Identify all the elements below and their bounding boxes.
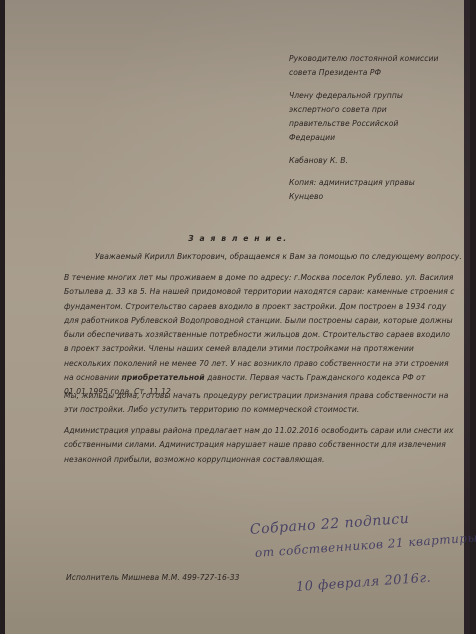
text-span: давности. Первая часть Гражданского коде…	[205, 373, 426, 382]
paragraph-line: эти постройки. Либо уступить территорию …	[64, 403, 464, 417]
paragraph-line: были обеспечивать хозяйственные потребно…	[64, 328, 464, 342]
paragraph-line: Мы, жильцы дома, готовы начать процедуру…	[64, 389, 464, 403]
copy-line: Кунцево	[289, 190, 469, 204]
addressee-line: экспертного совета при	[289, 103, 469, 117]
addressee-line: совета Президента РФ	[289, 66, 469, 80]
addressee-line: Руководителю постоянной комиссии	[289, 52, 469, 66]
paragraph-line: фундаментом. Строительство сараев входил…	[64, 300, 464, 314]
paragraph-line: нескольких поколений не менее 70 лет. У …	[64, 357, 464, 371]
paragraph-3: Администрация управы района предлагает н…	[64, 424, 464, 467]
paragraph-1: В течение многих лет мы проживаем в доме…	[64, 271, 464, 400]
paragraph-line: в проект застройки. Члены наших семей вл…	[64, 342, 464, 356]
paragraph-line: незаконной прибыли, возможно коррупционн…	[64, 453, 464, 467]
paragraph-line: В течение многих лет мы проживаем в доме…	[64, 271, 464, 285]
bold-term: приобретательной	[122, 373, 205, 382]
paragraph-line: Ботылева д. 33 кв 5. На нашей придомовой…	[64, 285, 464, 299]
copy-line: Копия: администрация управы	[289, 176, 469, 190]
paragraph-2: Мы, жильцы дома, готовы начать процедуру…	[64, 389, 464, 418]
paragraph-line: Администрация управы района предлагает н…	[64, 424, 464, 438]
greeting: Уважаемый Кирилл Викторович, обращаемся …	[95, 250, 462, 264]
addressee-name: Кабанову К. В.	[289, 154, 469, 168]
addressee-block: Руководителю постоянной комиссии совета …	[289, 52, 469, 205]
paragraph-line: на основании приобретательной давности. …	[64, 371, 464, 385]
addressee-line: Члену федеральной группы	[289, 89, 469, 103]
addressee-line: правительстве Российской	[289, 117, 469, 131]
executor-line: Исполнитель Мишнева М.М. 499-727-16-33	[66, 571, 239, 585]
spacer	[289, 146, 469, 154]
document-title: З а я в л е н и е.	[0, 234, 476, 243]
paragraph-line: собственными силами. Администрация наруш…	[64, 438, 464, 452]
spacer	[289, 81, 469, 89]
addressee-line: Федерации	[289, 131, 469, 145]
paragraph-line: для работников Рублевской Водопроводной …	[64, 314, 464, 328]
spacer	[289, 168, 469, 176]
text-span: на основании	[64, 373, 122, 382]
